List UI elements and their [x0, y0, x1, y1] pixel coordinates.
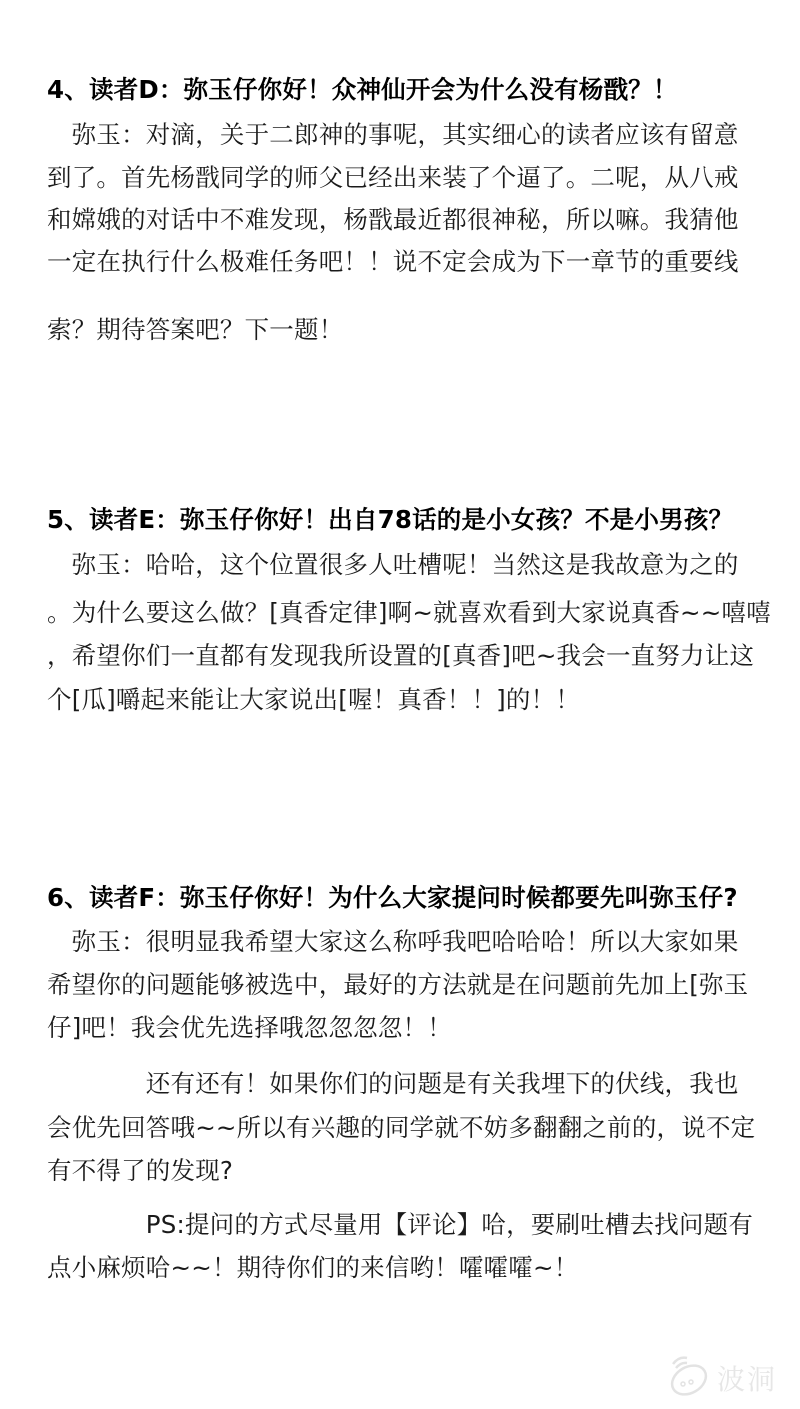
answer-4-line: 和嫦娥的对话中不难发现，杨戬最近都很神秘，所以嘛。我猜他: [47, 205, 739, 235]
answer-5-line: 弥玉：哈哈，这个位置很多人吐槽呢！当然这是我故意为之的: [47, 550, 739, 580]
answer-5-line: 个[瓜]嚼起来能让大家说出[喔！真香！！]的！！: [47, 685, 580, 715]
answer-6-line: 会优先回答哦~~所以有兴趣的同学就不妨多翻翻之前的，说不定: [47, 1113, 755, 1143]
question-4-heading: 4、读者D：弥玉仔你好！众神仙开会为什么没有杨戬？！: [47, 75, 678, 105]
answer-5-line: ，希望你们一直都有发现我所设置的[真香]吧~我会一直努力让这: [47, 641, 754, 671]
watermark-text: 波洞: [717, 1358, 777, 1398]
answer-4-line: 到了。首先杨戬同学的师父已经出来装了个逼了。二呢，从八戒: [47, 163, 739, 193]
answer-4-line: 弥玉：对滴，关于二郎神的事呢，其实细心的读者应该有留意: [47, 120, 739, 150]
question-5-heading: 5、读者E：弥玉仔你好！出自78话的是小女孩？不是小男孩？: [47, 505, 733, 535]
answer-6-line: 希望你的问题能够被选中，最好的方法就是在问题前先加上[弥玉: [47, 970, 748, 1000]
question-6-heading: 6、读者F：弥玉仔你好！为什么大家提问时候都要先叫弥玉仔?: [47, 883, 738, 913]
answer-6-line: PS:提问的方式尽量用【评论】哈，要刷吐槽去找问题有: [47, 1210, 753, 1240]
answer-6-line: 点小麻烦哈~~！期待你们的来信哟！嚯嚯嚯~！: [47, 1253, 578, 1283]
answer-6-line: 弥玉：很明显我希望大家这么称呼我吧哈哈哈！所以大家如果: [47, 927, 739, 957]
answer-5-line: 。为什么要这么做？[真香定律]啊~就喜欢看到大家说真香~~嘻嘻: [47, 598, 771, 628]
bodong-logo-icon: [665, 1352, 713, 1400]
answer-4-line: 索？期待答案吧？下一题！: [47, 315, 343, 345]
answer-6-line: 有不得了的发现?: [47, 1156, 233, 1186]
answer-4-line: 一定在执行什么极难任务吧！！说不定会成为下一章节的重要线: [47, 247, 739, 277]
answer-6-line: 还有还有！如果你们的问题是有关我埋下的伏线，我也: [47, 1069, 739, 1099]
answer-6-line: 仔]吧！我会优先选择哦忽忽忽忽！！: [47, 1013, 452, 1043]
watermark: 波洞: [665, 1352, 795, 1402]
